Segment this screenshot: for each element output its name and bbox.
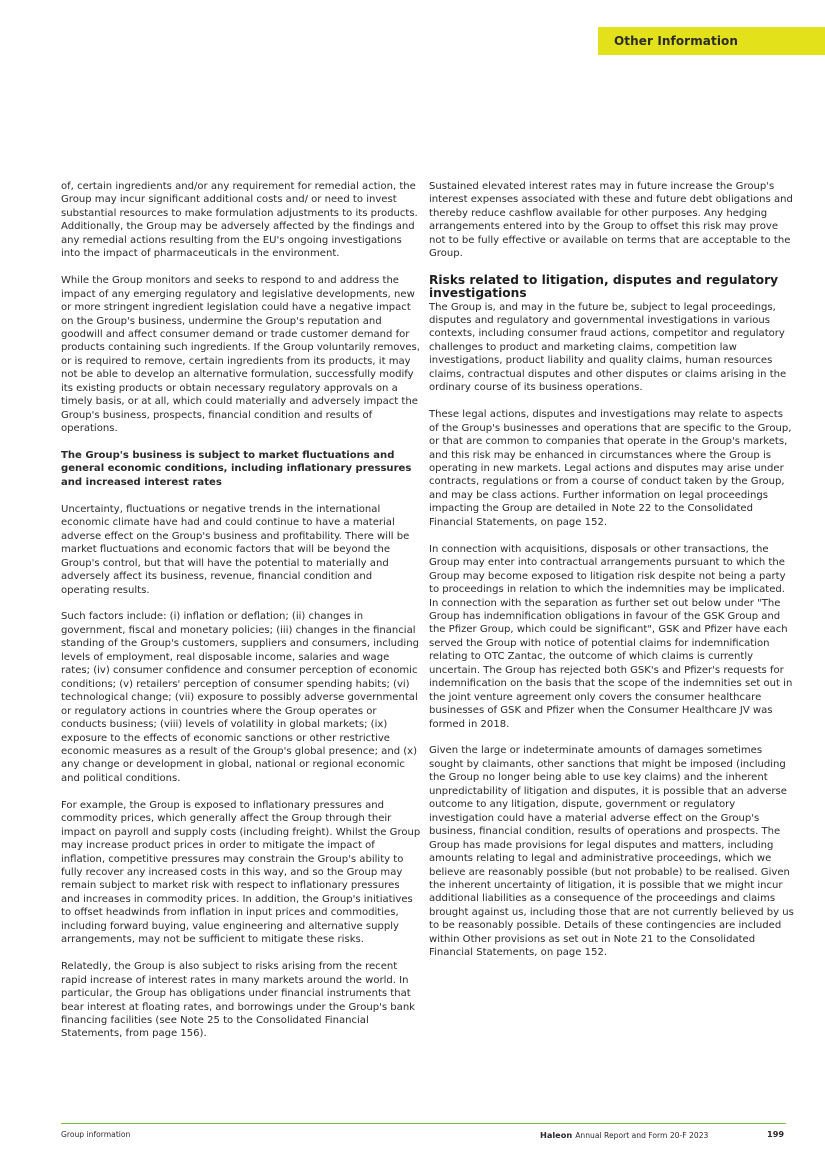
paragraph: For example, the Group is exposed to inf… bbox=[61, 799, 421, 947]
paragraph: The Group is, and may in the future be, … bbox=[429, 301, 795, 395]
report-title: Annual Report and Form 20-F 2023 bbox=[575, 1131, 708, 1140]
left-column: of, certain ingredients and/or any requi… bbox=[61, 180, 421, 1054]
brand-logo-text: Haleon bbox=[540, 1130, 572, 1140]
subheading-market-fluctuations: The Group's business is subject to marke… bbox=[61, 449, 421, 489]
paragraph: While the Group monitors and seeks to re… bbox=[61, 274, 421, 435]
paragraph: In connection with acquisitions, disposa… bbox=[429, 543, 795, 731]
right-column: Sustained elevated interest rates may in… bbox=[429, 180, 795, 973]
footer-section-label: Group information bbox=[61, 1130, 130, 1139]
paragraph: Sustained elevated interest rates may in… bbox=[429, 180, 795, 261]
footer-report-title: HaleonAnnual Report and Form 20-F 2023 bbox=[540, 1130, 708, 1140]
paragraph: Such factors include: (i) inflation or d… bbox=[61, 610, 421, 785]
paragraph: Given the large or indeterminate amounts… bbox=[429, 744, 795, 959]
paragraph: These legal actions, disputes and invest… bbox=[429, 408, 795, 529]
section-heading-litigation: Risks related to litigation, disputes an… bbox=[429, 274, 795, 300]
paragraph: of, certain ingredients and/or any requi… bbox=[61, 180, 421, 261]
section-tag-label: Other Information bbox=[614, 34, 738, 48]
paragraph: Uncertainty, fluctuations or negative tr… bbox=[61, 503, 421, 597]
section-tag-band: Other Information bbox=[598, 27, 825, 55]
footer-divider bbox=[61, 1123, 786, 1124]
paragraph: Relatedly, the Group is also subject to … bbox=[61, 960, 421, 1041]
page-number: 199 bbox=[767, 1129, 784, 1139]
